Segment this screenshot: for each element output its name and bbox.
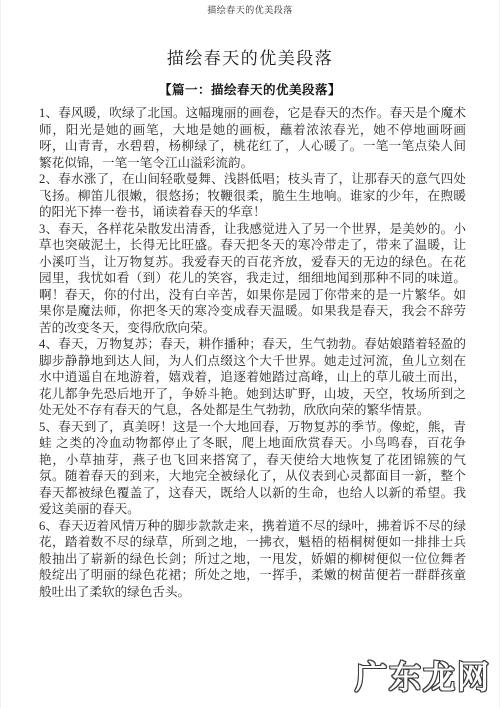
paragraph-6: 6、春天迈着风情万种的脚步款款走来，携着道不尽的绿叶，拂着诉不尽的绿花，踏着数不…: [39, 518, 466, 601]
paragraph-3: 3、春天，各样花朵散发出清香，让我感觉进入了另一个世界，是美妙的。小草也突破泥土…: [39, 221, 466, 337]
running-header: 描绘春天的优美段落: [1, 0, 499, 16]
paragraph-5: 5、春天到了，真美呀！这是一个大地回春，万物复苏的季节。像蛇，熊，青蛙 之类的冷…: [39, 419, 466, 518]
document-body: 1、春风暖，吹绿了北国。这幅瑰丽的画卷，它是春天的杰作。春天是个魔术师，阳光是她…: [39, 105, 466, 600]
paragraph-2: 2、春水涨了，在山间轻歌曼舞、浅斟低唱；枝头青了，让那春天的意气四处飞扬。柳笛儿…: [39, 171, 466, 221]
paragraph-4: 4、春天，万物复苏；春天，耕作播种；春天，生气勃勃。春姑娘踏着轻盈的脚步静静地到…: [39, 336, 466, 419]
document-page: { "document": { "running_header": "描绘春天的…: [0, 0, 500, 708]
paragraph-1: 1、春风暖，吹绿了北国。这幅瑰丽的画卷，它是春天的杰作。春天是个魔术师，阳光是她…: [39, 105, 466, 171]
section-subtitle: 【篇一：描绘春天的优美段落】: [1, 80, 499, 98]
page-title: 描绘春天的优美段落: [1, 44, 499, 69]
site-watermark: 广东龙网: [355, 652, 491, 698]
